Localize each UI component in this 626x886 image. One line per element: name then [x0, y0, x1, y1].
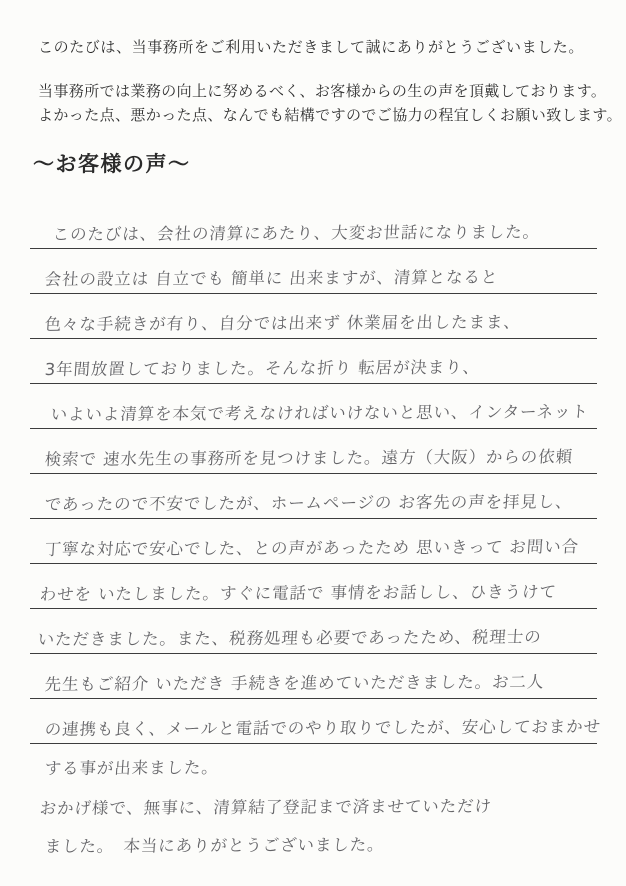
testimonial-line: いただきました。また、税務処理も必要であったため、税理士の [30, 609, 597, 654]
testimonial-line-text: 先生もご紹介 いただき 手続きを進めていただきました。お二人 [44, 668, 545, 695]
testimonial-line-text: わせを いたしました。すぐに電話で 事情をお話しし、ひきうけて [39, 578, 558, 605]
testimonial-line-text: 色々な手続きが有り、自分では出来ず 休業届を出したまま、 [44, 309, 522, 335]
testimonial-line: の連携も良く、メールと電話でのやり取りでしたが、安心しておまかせ [30, 699, 597, 744]
testimonial-line-text: このたびは、会社の清算にあたり、大変お世話になりました。 [52, 218, 541, 245]
testimonial-line-text: 3年間放置しておりました。そんな折り 転居が決まり、 [44, 354, 481, 380]
testimonial-line-text: 会社の設立は 自立でも 簡単に 出来ますが、清算となると [44, 264, 499, 290]
testimonial-line: いよいよ清算を本気で考えなければいけないと思い、インターネット [30, 384, 597, 429]
section-title: ～お客様の声～ [33, 148, 191, 178]
testimonial-line: であったので不安でしたが、ホームページの お客先の声を拝見し、 [30, 474, 597, 519]
request-line-2: よかった点、悪かった点、なんでも結構ですのでご協力の程宜しくお願い致します。 [38, 104, 622, 128]
testimonial-line-text: 丁寧な対応で安心でした、との声があったため 思いきって お問い合 [44, 533, 580, 560]
request-line-1: 当事務所では業務の向上に努めるべく、お客様からの生の声を頂戴しております。 [38, 80, 622, 104]
testimonial-line: 先生もご紹介 いただき 手続きを進めていただきました。お二人 [30, 654, 597, 699]
testimonial-line: 色々な手続きが有り、自分では出来ず 休業届を出したまま、 [30, 294, 597, 339]
testimonial-line: おかげ様で、無事に、清算結了登記まで済ませていただけ [30, 782, 597, 822]
testimonial-line-text: であったので不安でしたが、ホームページの お客先の声を拝見し、 [44, 488, 573, 515]
testimonial-line: わせを いたしました。すぐに電話で 事情をお話しし、ひきうけて [30, 564, 597, 609]
testimonial-line: 検索で 速水先生の事務所を見つけました。遠方（大阪）からの依頼 [30, 429, 597, 474]
testimonial-line: このたびは、会社の清算にあたり、大変お世話になりました。 [30, 204, 597, 249]
testimonial-line: ました。 本当にありがとうございました。 [30, 822, 597, 860]
testimonial-line: 丁寧な対応で安心でした、との声があったため 思いきって お問い合 [30, 519, 597, 564]
testimonial-line-text: おかげ様で、無事に、清算結了登記まで済ませていただけ [39, 793, 493, 819]
request-paragraph: 当事務所では業務の向上に努めるべく、お客様からの生の声を頂戴しております。 よか… [38, 80, 622, 128]
handwritten-testimonial: このたびは、会社の清算にあたり、大変お世話になりました。 会社の設立は 自立でも… [30, 204, 597, 860]
intro-line: このたびは、当事務所をご利用いただきまして誠にありがとうございました。 [38, 36, 584, 57]
testimonial-line-text: する事が出来ました。 [44, 754, 220, 779]
testimonial-line-text: いただきました。また、税務処理も必要であったため、税理士の [37, 623, 543, 650]
testimonial-line-text: ました。 本当にありがとうございました。 [44, 831, 385, 857]
testimonial-line-text: の連携も良く、メールと電話でのやり取りでしたが、安心しておまかせ [44, 713, 602, 740]
testimonial-line: 会社の設立は 自立でも 簡単に 出来ますが、清算となると [30, 249, 597, 294]
testimonial-line-text: 検索で 速水先生の事務所を見つけました。遠方（大阪）からの依頼 [44, 443, 574, 470]
testimonial-line-text: いよいよ清算を本気で考えなければいけないと思い、インターネット [50, 398, 590, 425]
feedback-form-page: このたびは、当事務所をご利用いただきまして誠にありがとうございました。 当事務所… [0, 0, 626, 886]
testimonial-line: する事が出来ました。 [30, 744, 597, 782]
testimonial-line: 3年間放置しておりました。そんな折り 転居が決まり、 [30, 339, 597, 384]
